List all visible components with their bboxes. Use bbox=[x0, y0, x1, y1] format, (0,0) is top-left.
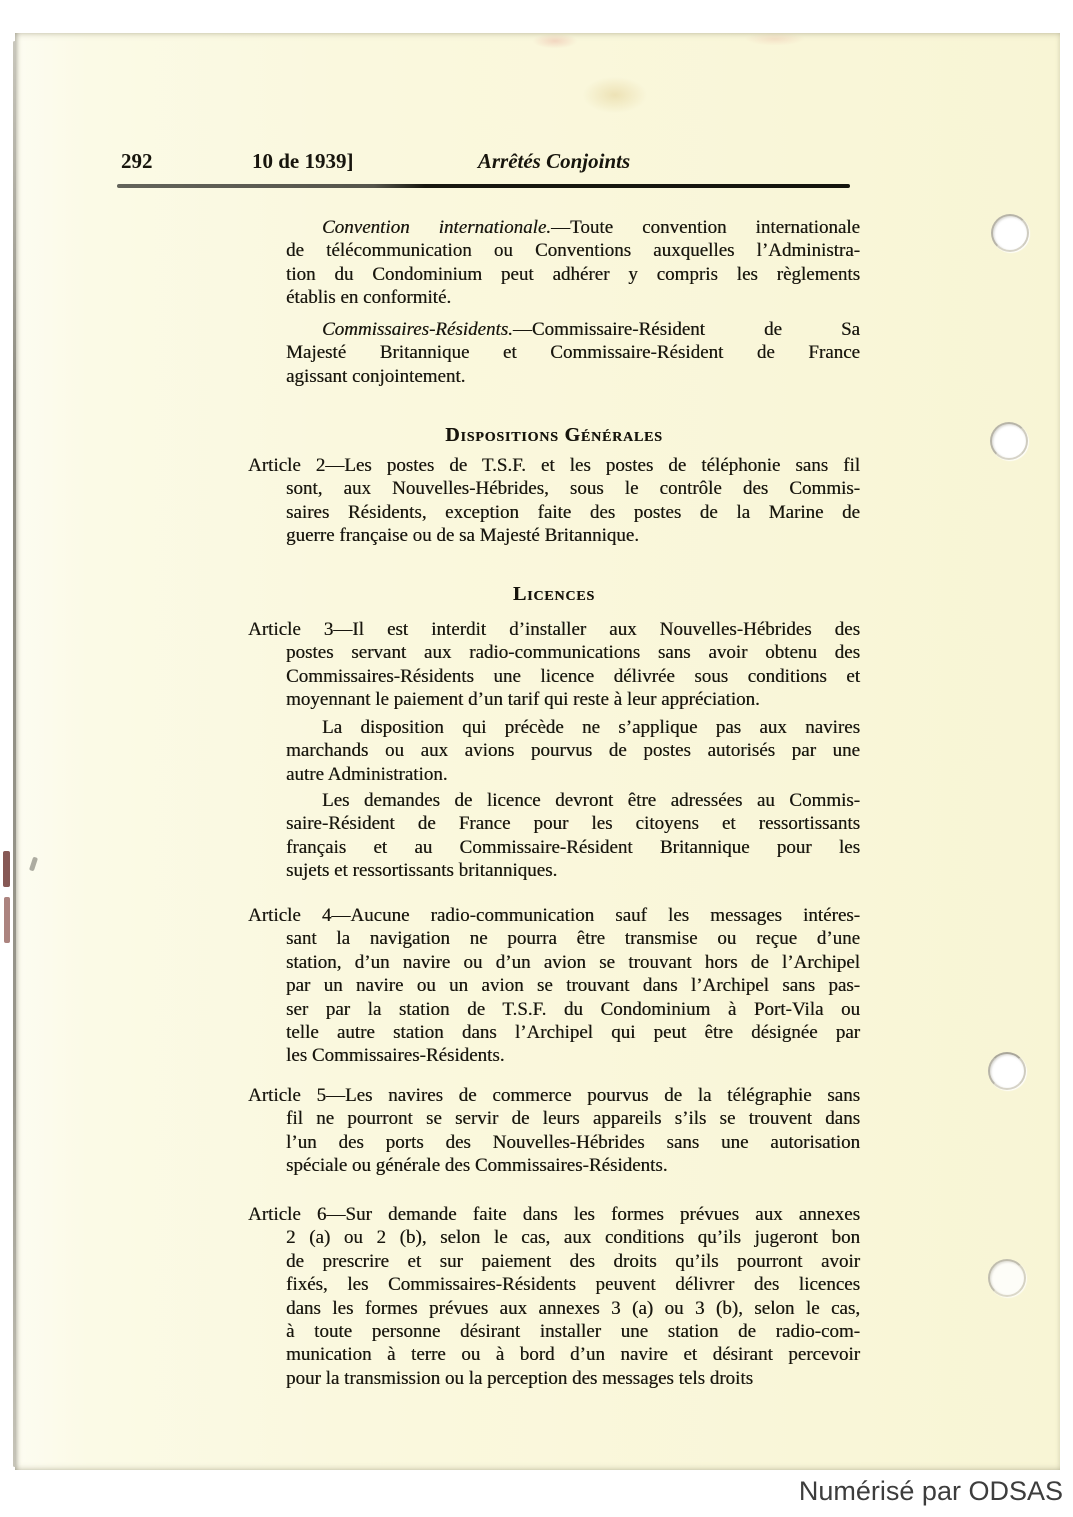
punch-hole bbox=[988, 1052, 1026, 1090]
text-line: Article 6—Sur demande faite dans les for… bbox=[248, 1203, 860, 1226]
text-line: établis en conformité. bbox=[248, 286, 860, 309]
text-line: postes servant aux radio-communications … bbox=[248, 641, 860, 664]
text-line: les Commissaires-Résidents. bbox=[248, 1044, 860, 1067]
punch-hole bbox=[991, 214, 1029, 252]
article-3: Article 3—Il est interdit d’installer au… bbox=[248, 618, 860, 712]
text-line: spéciale ou générale des Commissaires-Ré… bbox=[248, 1154, 860, 1177]
text-line: de télécommunication ou Conventions auxq… bbox=[248, 239, 860, 262]
text-line: La disposition qui précède ne s’applique… bbox=[248, 716, 860, 739]
article-4: Article 4—Aucune radio-communication sau… bbox=[248, 904, 860, 1068]
text-line: sont, aux Nouvelles-Hébrides, sous le co… bbox=[248, 477, 860, 500]
text-line: telle autre station dans l’Archipel qui … bbox=[248, 1021, 860, 1044]
text-line: ser par la station de T.S.F. du Condomin… bbox=[248, 998, 860, 1021]
text-line: moyennant le paiement d’un tarif qui res… bbox=[248, 688, 860, 711]
header-rule bbox=[117, 184, 850, 188]
text-line: Article 4—Aucune radio-communication sau… bbox=[248, 904, 860, 927]
red-ink-edge-mark bbox=[3, 851, 10, 887]
article-2: Article 2—Les postes de T.S.F. et les po… bbox=[248, 454, 860, 548]
definition-term: Commissaires-Résidents. bbox=[322, 319, 513, 340]
text-line: sujets et ressortissants britanniques. bbox=[248, 859, 860, 882]
text-line: sant la navigation ne pourra être transm… bbox=[248, 927, 860, 950]
punch-hole bbox=[988, 1259, 1026, 1297]
text-line: français et au Commissaire-Résident Brit… bbox=[248, 836, 860, 859]
text-line: fixés, les Commissaires-Résidents peuven… bbox=[248, 1273, 860, 1296]
digitization-watermark: Numérisé par ODSAS bbox=[799, 1476, 1063, 1507]
definition-text: —Toute convention internationale bbox=[551, 217, 860, 238]
text-line: munication à terre ou à bord d’un navire… bbox=[248, 1343, 860, 1366]
text-line: agissant conjointement. bbox=[248, 365, 860, 388]
text-line: fil ne pourront se servir de leurs appar… bbox=[248, 1107, 860, 1130]
text-line: tion du Condominium peut adhérer y compr… bbox=[248, 263, 860, 286]
punch-hole bbox=[990, 422, 1028, 460]
text-line: saires Résidents, exception faite des po… bbox=[248, 501, 860, 524]
text-line: autre Administration. bbox=[248, 763, 860, 786]
text-line: Article 5—Les navires de commerce pourvu… bbox=[248, 1084, 860, 1107]
text-line: Commissaires-Résidents une licence déliv… bbox=[248, 665, 860, 688]
section-heading-dispositions-generales: Dispositions Générales bbox=[248, 424, 860, 447]
red-ink-edge-mark bbox=[4, 897, 10, 943]
text-line: station, d’un navire ou d’un avion se tr… bbox=[248, 951, 860, 974]
text-line: de prescrire et sur paiement des droits … bbox=[248, 1250, 860, 1273]
section-heading-licences: Licences bbox=[248, 583, 860, 606]
text-line: Article 3—Il est interdit d’installer au… bbox=[248, 618, 860, 641]
running-title: Arrêtés Conjoints bbox=[248, 149, 860, 174]
definition-term: Convention internationale. bbox=[322, 217, 551, 238]
text-line: pour la transmission ou la perception de… bbox=[248, 1367, 860, 1390]
text-line: Les demandes de licence devront être adr… bbox=[248, 789, 860, 812]
definition-text: —Commissaire-Résident de Sa bbox=[513, 319, 860, 340]
text-line: 2 (a) ou 2 (b), selon le cas, aux condit… bbox=[248, 1226, 860, 1249]
text-line: guerre française ou de sa Majesté Britan… bbox=[248, 524, 860, 547]
text-line: l’un des ports des Nouvelles-Hébrides sa… bbox=[248, 1131, 860, 1154]
article-5: Article 5—Les navires de commerce pourvu… bbox=[248, 1084, 860, 1178]
text-line: par un navire ou un avion se trouvant da… bbox=[248, 974, 860, 997]
article-6: Article 6—Sur demande faite dans les for… bbox=[248, 1203, 860, 1390]
text-line: marchands ou aux avions pourvus de poste… bbox=[248, 739, 860, 762]
text-line: Convention internationale.—Toute convent… bbox=[248, 216, 860, 239]
definition-convention: Convention internationale.—Toute convent… bbox=[248, 216, 860, 310]
article-3-paragraph-3: Les demandes de licence devront être adr… bbox=[248, 789, 860, 883]
text-line: Article 2—Les postes de T.S.F. et les po… bbox=[248, 454, 860, 477]
page-number: 292 bbox=[121, 149, 153, 174]
text-line: à toute personne désirant installer une … bbox=[248, 1320, 860, 1343]
definition-commissaires: Commissaires-Résidents.—Commissaire-Rési… bbox=[248, 318, 860, 388]
text-line: Commissaires-Résidents.—Commissaire-Rési… bbox=[248, 318, 860, 341]
text-line: saire-Résident de France pour les citoye… bbox=[248, 812, 860, 835]
text-line: Majesté Britannique et Commissaire-Résid… bbox=[248, 341, 860, 364]
article-3-paragraph-2: La disposition qui précède ne s’applique… bbox=[248, 716, 860, 786]
text-line: dans les formes prévues aux annexes 3 (a… bbox=[248, 1297, 860, 1320]
